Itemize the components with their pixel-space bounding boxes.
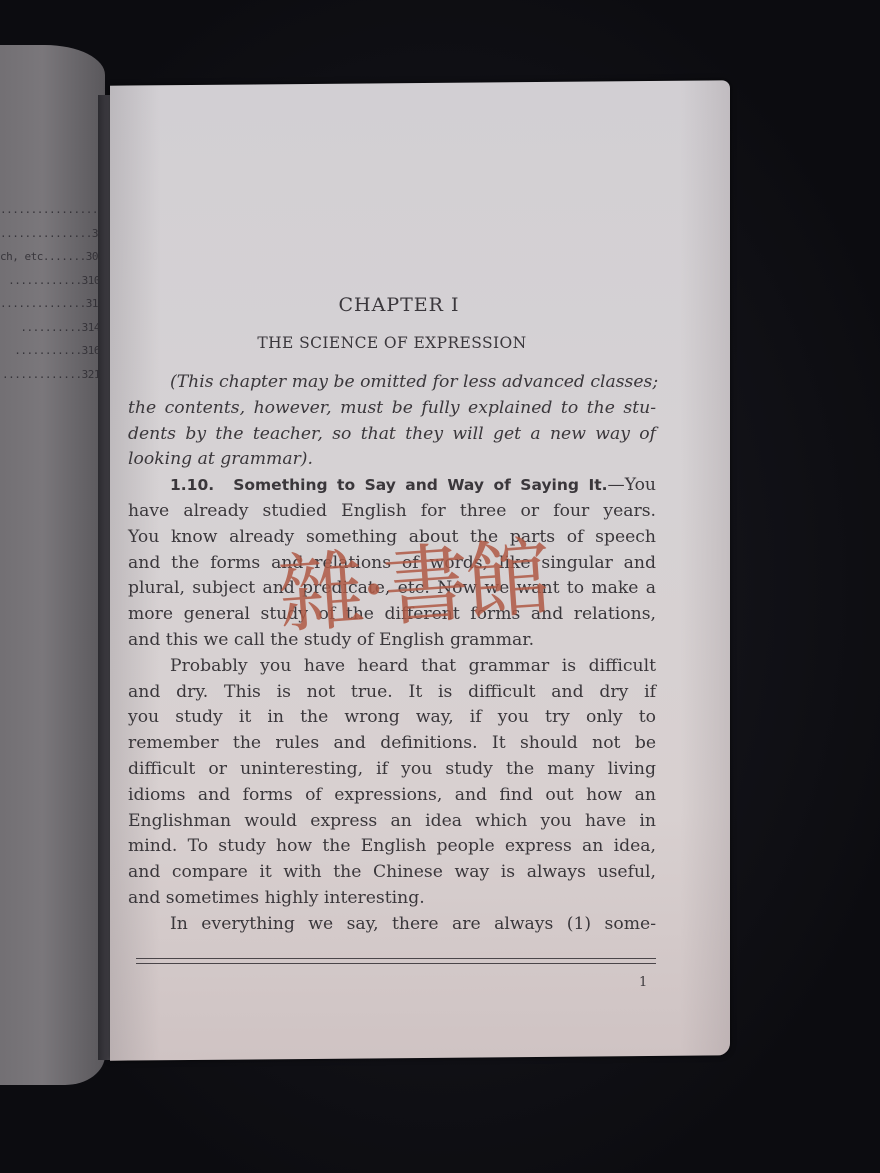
section-number: 1.10. [170,476,214,494]
text-line: In everything we say, there are always (… [128,912,656,938]
text-fragment: —You [608,475,656,495]
section-heading: Something to Say and Way of Saying It. [233,476,607,494]
toc-entry: ..........314 [0,316,100,340]
text-line: and dry. This is not true. It is difficu… [128,680,656,706]
previous-page-toc: ................305 ...............307 c… [0,198,100,386]
intro-note: (This chapter may be omitted for less ad… [128,370,656,473]
toc-entry: .............321 [0,363,100,387]
text-line: Englishman would express an idea which y… [128,809,656,835]
text-line: Probably you have heard that grammar is … [128,654,656,680]
toc-entry: ch, etc.......308 [0,245,100,269]
text-line: dents by the teacher, so that they will … [128,422,656,448]
watermark-seal: 雜·書館 [275,519,612,652]
section-heading-line: 1.10. Something to Say and Way of Saying… [128,473,656,499]
toc-entry: ................305 [0,198,100,222]
text-line: idioms and forms of expressions, and fin… [128,783,656,809]
text-line: remember the rules and definitions. It s… [128,731,656,757]
toc-entry: ...........316 [0,339,100,363]
chapter-number: CHAPTER I [128,294,656,316]
toc-entry: ............310 [0,269,100,293]
text-line: the contents, however, must be fully exp… [128,396,656,422]
text-line: and sometimes highly interesting. [128,886,656,912]
text-line: difficult or uninteresting, if you study… [128,757,656,783]
text-line: (This chapter may be omitted for less ad… [128,370,656,396]
text-line: mind. To study how the English people ex… [128,834,656,860]
page-number: 1 [639,975,647,990]
chapter-title: THE SCIENCE OF EXPRESSION [128,334,656,352]
toc-entry: ...............307 [0,222,100,246]
paragraph-2: Probably you have heard that grammar is … [128,654,656,912]
footer-double-rule [136,958,656,964]
paragraph-3: In everything we say, there are always (… [128,912,656,938]
text-line: and compare it with the Chinese way is a… [128,860,656,886]
text-line: you study it in the wrong way, if you tr… [128,705,656,731]
toc-entry: ..............313 [0,292,100,316]
text-line: looking at grammar). [128,447,656,473]
